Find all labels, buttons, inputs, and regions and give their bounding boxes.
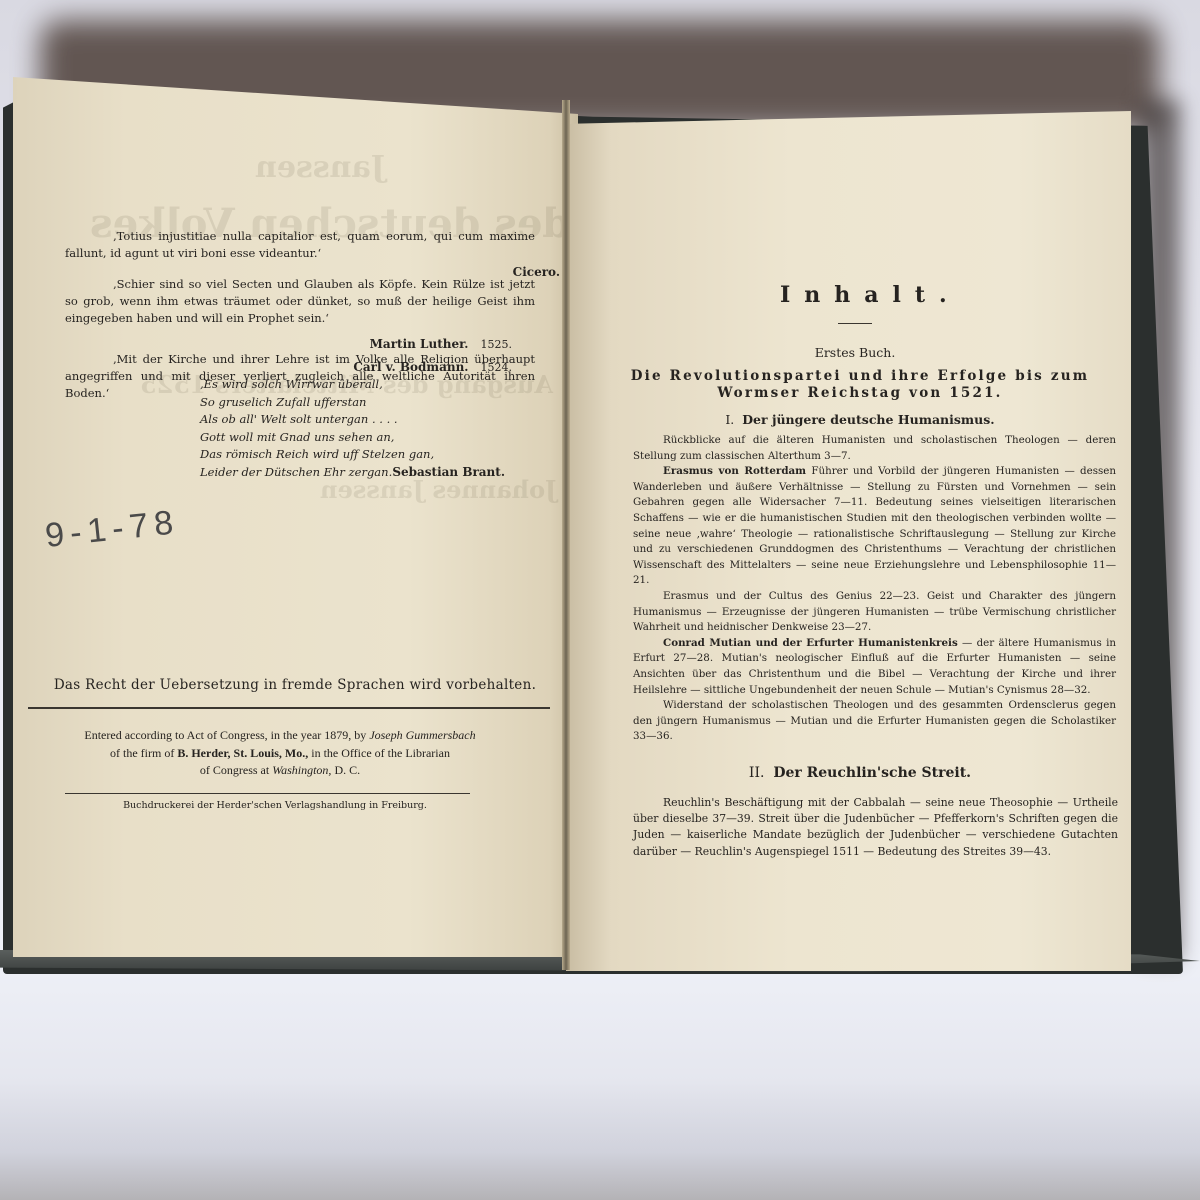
toc-paragraph: Conrad Mutian und der Erfurter Humaniste… — [633, 636, 1116, 698]
toc-paragraph: Erasmus von Rotterdam Führer und Vorbild… — [633, 464, 1116, 589]
rights-notice: Das Recht der Uebersetzung in fremde Spr… — [40, 677, 550, 693]
show-through-text: Janssen — [255, 150, 385, 185]
poem-author: Sebastian Brant. — [392, 465, 505, 479]
divider — [28, 707, 550, 709]
toc-section-1: Rückblicke auf die älteren Humanisten un… — [633, 433, 1116, 745]
page-title: Inhalt. — [780, 282, 920, 308]
book-label: Erstes Buch. — [620, 345, 1090, 360]
section-heading: I. Der jüngere deutsche Humanismus. — [620, 412, 1100, 427]
toc-paragraph: Reuchlin's Beschäftigung mit der Cabbala… — [633, 795, 1118, 860]
epigraph-author: Carl v. Bodmann.1524. — [353, 360, 512, 374]
epigraph-cicero: ‚Totius injustitiae nulla capitalior est… — [65, 228, 535, 262]
toc-section-2: Reuchlin's Beschäftigung mit der Cabbala… — [633, 795, 1118, 860]
book-heading: Die Revolutionspartei und ihre Erfolge b… — [625, 368, 1095, 402]
book-gutter — [562, 100, 570, 970]
epigraph-luther: ‚Schier sind so viel Secten und Glauben … — [65, 276, 535, 327]
toc-paragraph: Erasmus und der Cultus des Genius 22—23.… — [633, 589, 1116, 636]
tablecloth-fold — [0, 1080, 1200, 1200]
title-rule — [838, 323, 872, 324]
divider — [65, 793, 470, 794]
toc-paragraph: Rückblicke auf die älteren Humanisten un… — [633, 433, 1116, 464]
section-heading: II. Der Reuchlin'sche Streit. — [620, 765, 1100, 781]
printer-imprint: Buchdruckerei der Herder'schen Verlagsha… — [60, 800, 490, 811]
copyright-notice: Entered according to Act of Congress, in… — [15, 727, 545, 780]
toc-paragraph: Widerstand der scholastischen Theologen … — [633, 698, 1116, 745]
